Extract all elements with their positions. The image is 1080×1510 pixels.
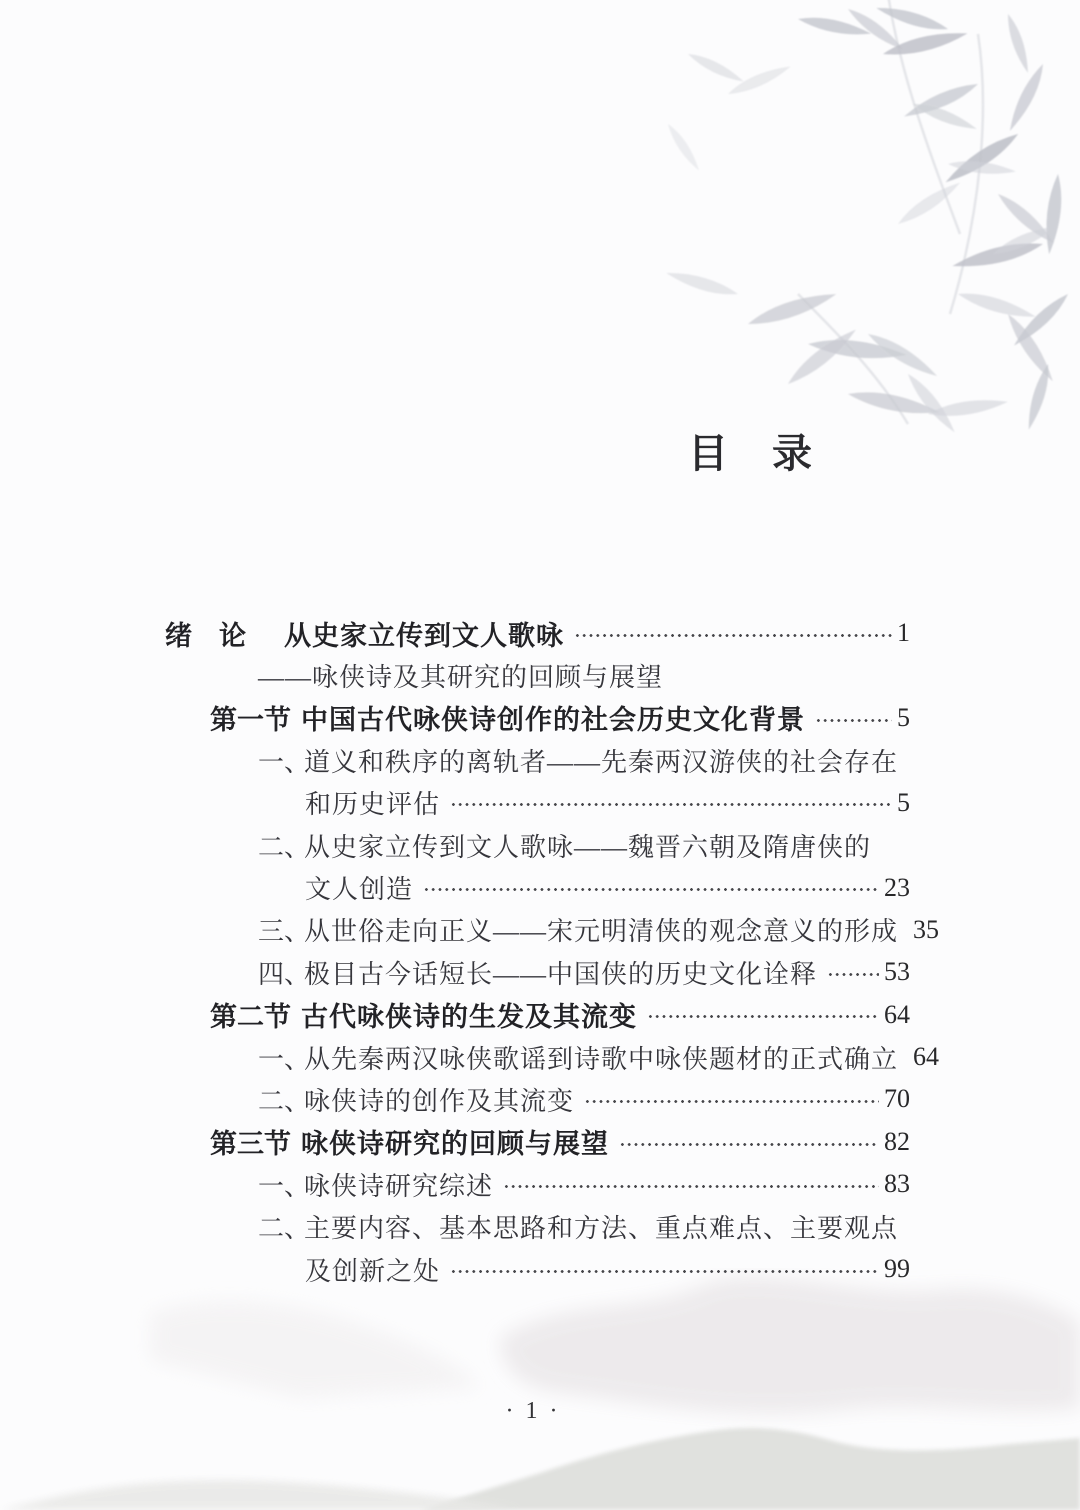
toc-entry: 第一节 中国古代咏侠诗创作的社会历史文化背景 5 <box>165 697 910 739</box>
page-title: 目 录 <box>688 422 814 479</box>
toc-entry-label: 三、 <box>258 911 310 948</box>
dot-leader <box>584 1078 879 1120</box>
toc-entry-label: 二、 <box>258 827 310 864</box>
toc-entry-title: 及创新之处 <box>305 1251 440 1288</box>
ink-wash-mountains-watermark <box>0 1268 1080 1510</box>
toc-entry: 一、 咏侠诗研究综述 83 <box>165 1163 910 1205</box>
toc-entry-title: 从世俗走向正义——宋元明清侠的观念意义的形成 <box>304 911 898 948</box>
dot-leader <box>619 1121 879 1163</box>
dot-leader <box>647 994 879 1036</box>
toc-entry-title: 咏侠诗研究的回顾与展望 <box>301 1122 609 1161</box>
toc-entry: 一、 从先秦两汉咏侠歌谣到诗歌中咏侠题材的正式确立 64 <box>165 1036 910 1078</box>
toc-entry-title: 咏侠诗研究综述 <box>304 1166 493 1203</box>
toc-entry-page: 99 <box>884 1254 910 1284</box>
dot-leader <box>503 1163 879 1205</box>
toc-entry-title: 文人创造 <box>305 869 413 906</box>
toc-entry-page: 82 <box>884 1127 910 1157</box>
dot-leader <box>450 782 892 824</box>
toc-entry-title: 中国古代咏侠诗创作的社会历史文化背景 <box>301 698 805 737</box>
toc-entry-page: 35 <box>913 915 939 945</box>
toc-entry-page: 1 <box>897 618 910 648</box>
toc-entry-title: 和历史评估 <box>305 784 440 821</box>
toc-entry-label: 绪 论 <box>165 614 246 653</box>
toc-entry-label: 第三节 <box>210 1122 291 1161</box>
toc-entry-label: 一、 <box>258 1039 310 1076</box>
toc-entry-label: 二、 <box>258 1208 310 1245</box>
toc-entry-page: 70 <box>884 1084 910 1114</box>
toc-entry: 第三节 咏侠诗研究的回顾与展望 82 <box>165 1121 910 1163</box>
toc-entry: 第二节 古代咏侠诗的生发及其流变 64 <box>165 994 910 1036</box>
toc-entry-title: 古代咏侠诗的生发及其流变 <box>301 995 637 1034</box>
toc-entry-title: 极目古今话短长——中国侠的历史文化诠释 <box>304 954 817 991</box>
toc-entry-page: 83 <box>884 1169 910 1199</box>
toc-entry: 绪 论 从史家立传到文人歌咏 1 <box>165 612 910 654</box>
dot-leader <box>827 951 879 993</box>
toc-entry: 二、 主要内容、基本思路和方法、重点难点、主要观点 <box>165 1205 910 1247</box>
toc-entry-title: 主要内容、基本思路和方法、重点难点、主要观点 <box>304 1208 898 1245</box>
toc-entry-title: 从先秦两汉咏侠歌谣到诗歌中咏侠题材的正式确立 <box>304 1039 898 1076</box>
toc-entry-page: 64 <box>913 1042 939 1072</box>
toc-entry-label: 四、 <box>258 954 310 991</box>
toc-entry-page: 5 <box>897 703 910 733</box>
toc-entry-title: 咏侠诗的创作及其流变 <box>304 1081 574 1118</box>
toc-entry: 三、 从世俗走向正义——宋元明清侠的观念意义的形成 35 <box>165 909 910 951</box>
book-toc-page: 目 录 绪 论 从史家立传到文人歌咏 1 ——咏侠诗及其研究的回顾与展望 第一节… <box>0 0 1080 1510</box>
toc-list: 绪 论 从史家立传到文人歌咏 1 ——咏侠诗及其研究的回顾与展望 第一节 中国古… <box>165 612 910 1290</box>
toc-entry-title: 从史家立传到文人歌咏——魏晋六朝及隋唐侠的 <box>304 827 871 864</box>
toc-entry-title: ——咏侠诗及其研究的回顾与展望 <box>258 657 663 694</box>
toc-entry: 文人创造 23 <box>165 866 910 908</box>
toc-entry: ——咏侠诗及其研究的回顾与展望 <box>165 654 910 696</box>
toc-entry-title: 从史家立传到文人歌咏 <box>284 614 564 653</box>
toc-entry-page: 53 <box>884 957 910 987</box>
toc-entry-label: 第二节 <box>210 995 291 1034</box>
toc-entry-page: 64 <box>884 1000 910 1030</box>
toc-entry: 一、 道义和秩序的离轨者——先秦两汉游侠的社会存在 <box>165 739 910 781</box>
toc-entry: 四、 极目古今话短长——中国侠的历史文化诠释 53 <box>165 951 910 993</box>
dot-leader <box>574 612 892 654</box>
toc-entry-page: 23 <box>884 873 910 903</box>
toc-entry-label: 一、 <box>258 742 310 779</box>
dot-leader <box>423 866 879 908</box>
footer-page-number: · 1 · <box>0 1398 1066 1425</box>
bamboo-leaves-watermark <box>648 0 1080 444</box>
toc-entry: 及创新之处 99 <box>165 1248 910 1290</box>
toc-entry: 和历史评估 5 <box>165 782 910 824</box>
toc-entry: 二、 咏侠诗的创作及其流变 70 <box>165 1078 910 1120</box>
toc-entry-page: 5 <box>897 788 910 818</box>
dot-leader <box>815 697 892 739</box>
toc-entry-label: 一、 <box>258 1166 310 1203</box>
toc-entry-label: 第一节 <box>210 698 291 737</box>
toc-entry: 二、 从史家立传到文人歌咏——魏晋六朝及隋唐侠的 <box>165 824 910 866</box>
toc-entry-title: 道义和秩序的离轨者——先秦两汉游侠的社会存在 <box>304 742 898 779</box>
dot-leader <box>450 1248 879 1290</box>
toc-entry-label: 二、 <box>258 1081 310 1118</box>
